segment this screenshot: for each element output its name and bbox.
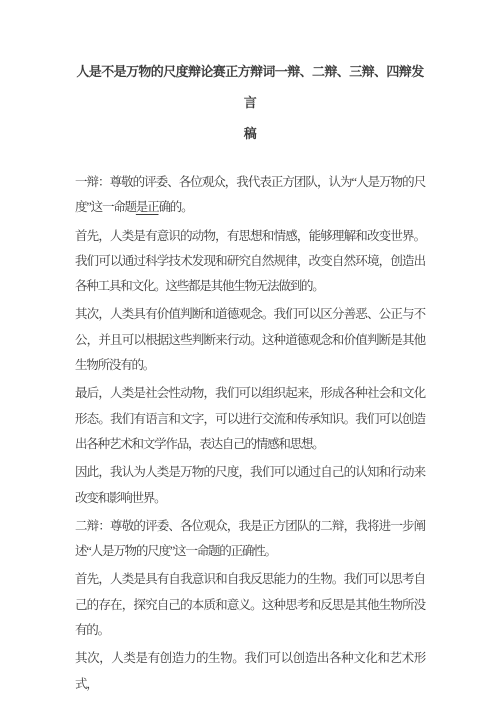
paragraph: 首先，人类是有意识的动物，有思想和情感，能够理解和改变世界。 我们可以通过科学技… bbox=[75, 224, 425, 300]
paragraph: 一辩：尊敬的评委、各位观众，我代表正方团队，认为“人是万物的尺度”这一命题是正确… bbox=[75, 170, 425, 221]
text-run: 首先，人类是有意识的动物，有思想和情感，能够理解和改变世界。 我们可以通过科学技… bbox=[75, 229, 425, 294]
text-run-underlined: 是正 bbox=[136, 200, 159, 214]
document-page: 人是不是万物的尺度辩论赛正方辩词一辩、二辩、三辩、四辩发言 稿 一辩：尊敬的评委… bbox=[0, 0, 500, 707]
text-run: 二辩：尊敬的评委、各位观众，我是正方团队的二辩，我将进一步阐 述“人是万物的尺度… bbox=[75, 519, 425, 558]
text-run: 最后，人类是社会性动物，我们可以组织起来，形成各种社会和文化 形态。我们有语言和… bbox=[75, 386, 425, 451]
document-title-line-2: 稿 bbox=[75, 118, 425, 149]
paragraph: 其次，人类具有价值判断和道德观念。我们可以区分善恶、公正与不公，并且可以根据这些… bbox=[75, 302, 425, 378]
paragraph: 最后，人类是社会性动物，我们可以组织起来，形成各种社会和文化 形态。我们有语言和… bbox=[75, 381, 425, 457]
paragraph: 因此，我认为人类是万物的尺度，我们可以通过自己的认知和行动来 改变和影响世界。 bbox=[75, 460, 425, 511]
document-body: 一辩：尊敬的评委、各位观众，我代表正方团队，认为“人是万物的尺度”这一命题是正确… bbox=[75, 170, 425, 697]
text-run: 其次，人类具有价值判断和道德观念。我们可以区分善恶、公正与不公，并且可以根据这些… bbox=[75, 307, 425, 372]
text-run: 确的。 bbox=[158, 200, 192, 214]
text-run: 其次，人类是有创造力的生物。我们可以创造出各种文化和艺术形式， bbox=[75, 651, 425, 690]
paragraph: 其次，人类是有创造力的生物。我们可以创造出各种文化和艺术形式， bbox=[75, 646, 425, 697]
paragraph: 首先，人类是具有自我意识和自我反思能力的生物。我们可以思考自 己的存在，探究自己… bbox=[75, 567, 425, 643]
text-run: 因此，我认为人类是万物的尺度，我们可以通过自己的认知和行动来 改变和影响世界。 bbox=[75, 465, 425, 504]
document-title-line-1: 人是不是万物的尺度辩论赛正方辩词一辩、二辩、三辩、四辩发言 bbox=[75, 56, 425, 118]
document-title: 人是不是万物的尺度辩论赛正方辩词一辩、二辩、三辩、四辩发言 稿 bbox=[75, 56, 425, 149]
text-run: 首先，人类是具有自我意识和自我反思能力的生物。我们可以思考自 己的存在，探究自己… bbox=[75, 572, 425, 637]
paragraph: 二辩：尊敬的评委、各位观众，我是正方团队的二辩，我将进一步阐 述“人是万物的尺度… bbox=[75, 514, 425, 565]
text-run: 一辩：尊敬的评委、各位观众，我代表正方团队，认为“人是万物的尺度”这一命题 bbox=[75, 175, 425, 214]
